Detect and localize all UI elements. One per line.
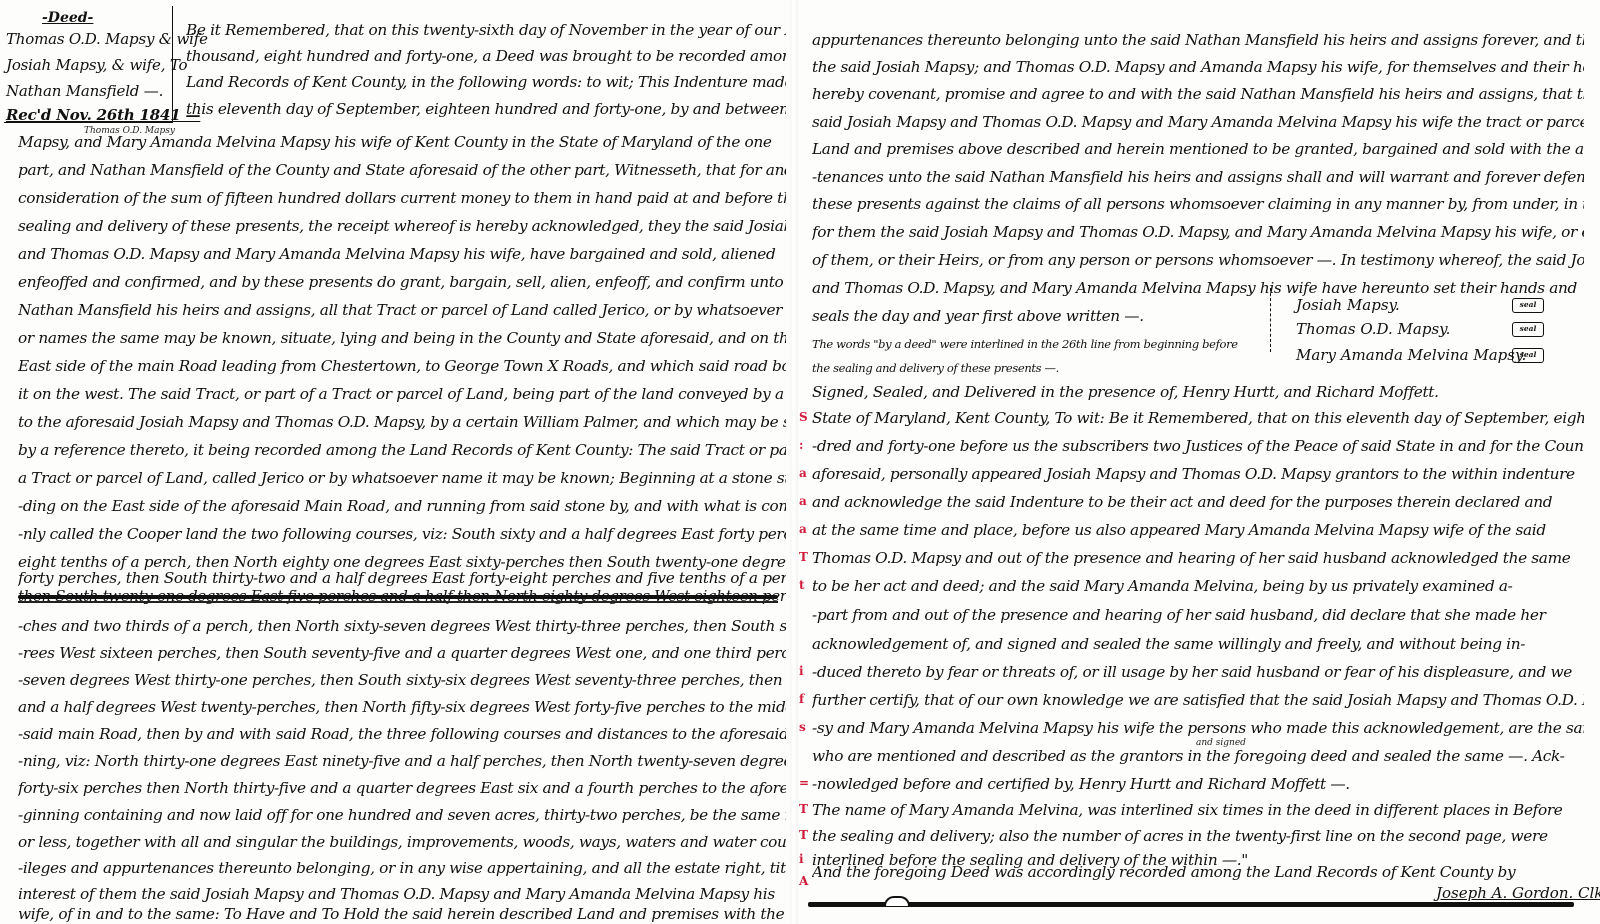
interlineation-note: the sealing and delivery of these presen…: [812, 358, 1262, 378]
acknowledgment-line: -nowledged before and certified by, Henr…: [812, 774, 1584, 794]
acknowledgment-line: Thomas O.D. Mapsy and out of the presenc…: [812, 548, 1584, 568]
index-grantor-2: Josiah Mapsy, & wife, To: [6, 56, 187, 74]
deed-line: -tenances unto the said Nathan Mansfield…: [812, 167, 1584, 187]
deed-line: -rees West sixteen perches, then South s…: [18, 643, 786, 663]
deed-line: forty-six perches then North thirty-five…: [18, 778, 786, 798]
seal-mark: seal: [1512, 322, 1544, 337]
witness-line: Signed, Sealed, and Delivered in the pre…: [812, 382, 1584, 402]
deed-line: hereby covenant, promise and agree to an…: [812, 84, 1584, 104]
red-margin-mark: =: [799, 776, 808, 790]
signature-brace: [1270, 288, 1277, 352]
red-margin-mark: i: [799, 852, 808, 866]
deed-line: a Tract or parcel of Land, called Jerico…: [18, 468, 786, 488]
deed-line: forty perches, then South thirty-two and…: [18, 568, 786, 588]
red-margin-mark: T: [799, 802, 808, 816]
deed-line: Mapsy, and Mary Amanda Melvina Mapsy his…: [18, 132, 786, 152]
closing-rule-flourish: [884, 896, 910, 906]
acknowledgment-line: aforesaid, personally appeared Josiah Ma…: [812, 464, 1584, 484]
index-heading: -Deed-: [42, 10, 93, 26]
deed-index-box: -Deed- Thomas O.D. Mapsy & wife Josiah M…: [4, 6, 173, 123]
seal-mark: seal: [1512, 348, 1544, 363]
deed-line: to the aforesaid Josiah Mapsy and Thomas…: [18, 412, 786, 432]
red-margin-mark: T: [799, 550, 808, 564]
deed-line: Nathan Mansfield his heirs and assigns, …: [18, 300, 786, 320]
acknowledgment-line: -duced thereto by fear or threats of, or…: [812, 662, 1584, 682]
deed-line: enfeoffed and confirmed, and by these pr…: [18, 272, 786, 292]
deed-line: it on the west. The said Tract, or part …: [18, 384, 786, 404]
red-margin-mark: A: [799, 874, 808, 888]
deed-line: of them, or their Heirs, or from any per…: [812, 250, 1584, 270]
deed-line: interest of them the said Josiah Mapsy a…: [18, 884, 786, 904]
deed-line: consideration of the sum of fifteen hund…: [18, 188, 786, 208]
acknowledgment-line: The name of Mary Amanda Melvina, was int…: [812, 800, 1584, 820]
red-margin-mark: f: [799, 692, 808, 706]
closing-rule: [808, 902, 1574, 907]
acknowledgment-line: who are mentioned and described as the g…: [812, 746, 1584, 766]
deed-line: part, and Nathan Mansfield of the County…: [18, 160, 786, 180]
acknowledgment-line: -part from and out of the presence and h…: [812, 605, 1584, 625]
deed-line: and Thomas O.D. Mapsy and Mary Amanda Me…: [18, 244, 786, 264]
deed-line: -ning, viz: North thirty-one degrees Eas…: [18, 751, 786, 771]
deed-line: -ches and two thirds of a perch, then No…: [18, 616, 786, 636]
signature-mary-mapsy: Mary Amanda Melvina Mapsy.: [1296, 346, 1526, 364]
signature-thomas-mapsy: Thomas O.D. Mapsy.: [1296, 320, 1450, 338]
acknowledgment-line: at the same time and place, before us al…: [812, 520, 1584, 540]
red-margin-mark: T: [799, 828, 808, 842]
red-margin-mark: a: [799, 466, 808, 480]
seal-mark: seal: [1512, 298, 1544, 313]
page-gutter: [790, 0, 798, 924]
red-margin-mark: a: [799, 522, 808, 536]
deed-line: Be it Remembered, that on this twenty-si…: [186, 20, 786, 40]
index-received-date: Rec'd Nov. 26th 1841 —: [6, 106, 200, 124]
deed-line: or names the same may be known, situate,…: [18, 328, 786, 348]
red-margin-mark: s: [799, 720, 808, 734]
acknowledgment-line: and acknowledge the said Indenture to be…: [812, 492, 1584, 512]
index-grantor-1: Thomas O.D. Mapsy & wife: [6, 30, 208, 48]
clerk-signature: Joseph A. Gordon. Clk: [1436, 884, 1600, 902]
deed-line: thousand, eight hundred and forty-one, a…: [186, 46, 786, 66]
deed-line: -ginning containing and now laid off for…: [18, 805, 786, 825]
recording-line: And the foregoing Deed was accordingly r…: [812, 862, 1584, 882]
interlineation-note: The words "by a deed" were interlined in…: [812, 334, 1262, 354]
deed-line: -ding on the East side of the aforesaid …: [18, 496, 786, 516]
deed-line: appurtenances thereunto belonging unto t…: [812, 30, 1584, 50]
deed-line: for them the said Josiah Mapsy and Thoma…: [812, 222, 1584, 242]
deed-line: by a reference thereto, it being recorde…: [18, 440, 786, 460]
acknowledgment-line: State of Maryland, Kent County, To wit: …: [812, 408, 1584, 428]
signature-josiah-mapsy: Josiah Mapsy.: [1296, 296, 1400, 314]
deed-line: Land Records of Kent County, in the foll…: [186, 72, 786, 92]
deed-line: Land and premises above described and he…: [812, 139, 1584, 159]
deed-line: these presents against the claims of all…: [812, 194, 1584, 214]
struck-through-line: then South twenty-one degrees East five …: [18, 586, 786, 606]
deed-line: sealing and delivery of these presents, …: [18, 216, 786, 236]
acknowledgment-line: -dred and forty-one before us the subscr…: [812, 436, 1584, 456]
red-margin-mark: S: [799, 410, 808, 424]
acknowledgment-line: the sealing and delivery; also the numbe…: [812, 826, 1584, 846]
acknowledgment-line: -sy and Mary Amanda Melvina Mapsy his wi…: [812, 718, 1584, 738]
acknowledgment-line: acknowledgement of, and signed and seale…: [812, 634, 1584, 654]
deed-line: seals the day and year first above writt…: [812, 306, 1262, 326]
red-margin-mark: t: [799, 578, 808, 592]
deed-line: -seven degrees West thirty-one perches, …: [18, 670, 786, 690]
red-margin-mark: i: [799, 664, 808, 678]
acknowledgment-line: to be her act and deed; and the said Mar…: [812, 576, 1584, 596]
deed-line: this eleventh day of September, eighteen…: [186, 99, 786, 119]
deed-line: -ileges and appurtenances thereunto belo…: [18, 858, 786, 878]
index-grantee: Nathan Mansfield —.: [6, 82, 163, 100]
red-margin-mark: a: [799, 494, 808, 508]
deed-line: and a half degrees West twenty-perches, …: [18, 697, 786, 717]
deed-line: the said Josiah Mapsy; and Thomas O.D. M…: [812, 57, 1584, 77]
deed-line: -nly called the Cooper land the two foll…: [18, 524, 786, 544]
acknowledgment-line: further certify, that of our own knowled…: [812, 690, 1584, 710]
deed-line: said Josiah Mapsy and Thomas O.D. Mapsy …: [812, 112, 1584, 132]
deed-line: -said main Road, then by and with said R…: [18, 724, 786, 744]
deed-line: and Thomas O.D. Mapsy, and Mary Amanda M…: [812, 278, 1584, 298]
deed-line: wife, of in and to the same: To Have and…: [18, 904, 786, 924]
deed-line: or less, together with all and singular …: [18, 832, 786, 852]
deed-line: East side of the main Road leading from …: [18, 356, 786, 376]
red-margin-mark: :: [799, 438, 808, 452]
